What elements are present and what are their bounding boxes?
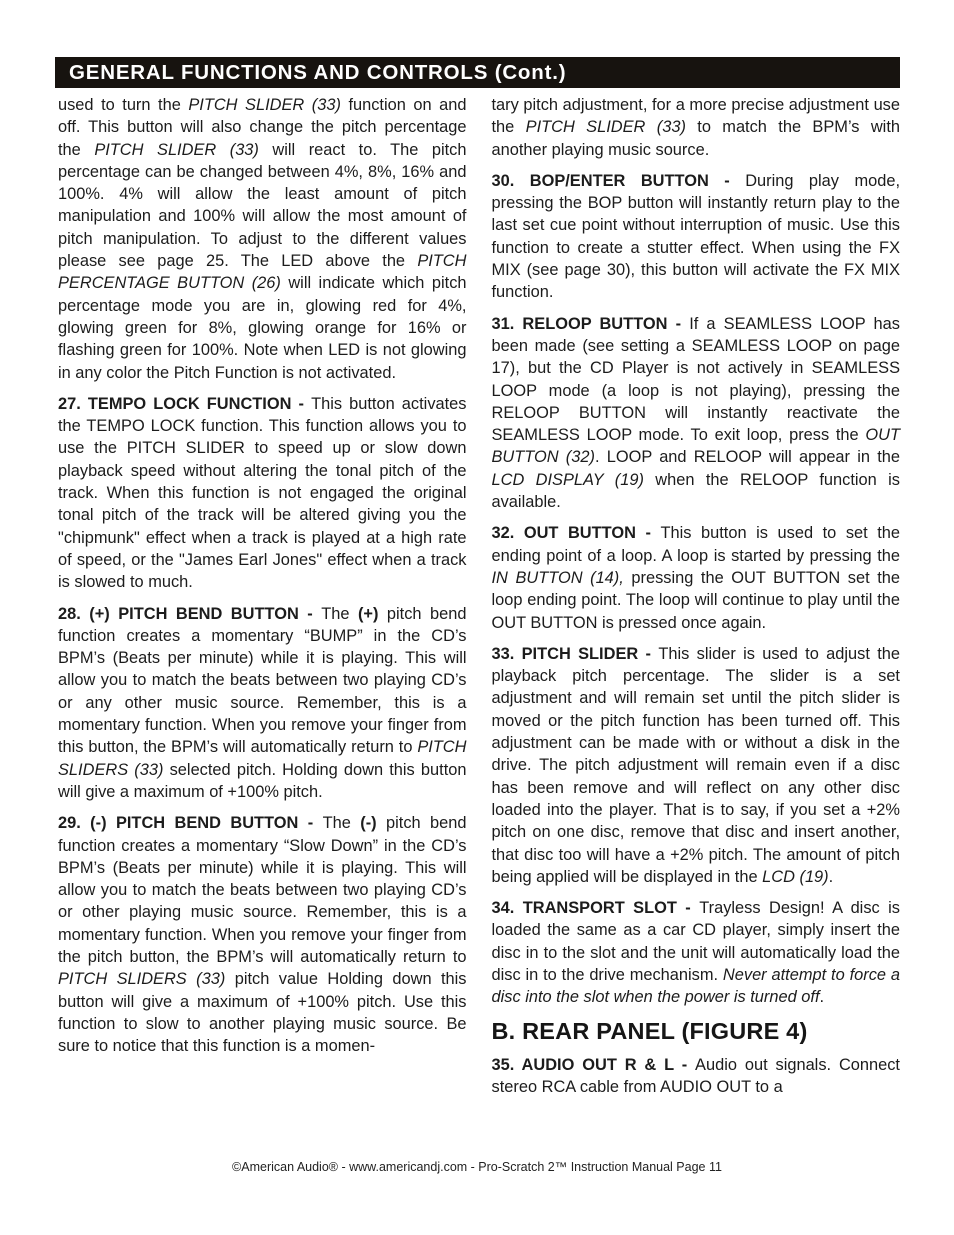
text-segment: 28. (+) PITCH BEND BUTTON - [58,605,321,623]
text-segment: 35. AUDIO OUT R & L - [492,1056,696,1074]
text-segment: 31. RELOOP BUTTON - [492,315,690,333]
paragraph: 34. TRANSPORT SLOT - Trayless Design! A … [492,897,901,1008]
manual-page: GENERAL FUNCTIONS AND CONTROLS (Cont.) u… [0,0,954,1235]
text-segment: The [321,605,358,623]
text-segment: PITCH SLIDERS (33) [58,970,225,988]
text-segment: PITCH SLIDER (33) [188,96,341,114]
paragraph: tary pitch adjustment, for a more precis… [492,94,901,161]
right-column: tary pitch adjustment, for a more precis… [492,94,901,1107]
text-segment: (-) [360,814,376,832]
paragraph: 31. RELOOP BUTTON - If a SEAMLESS LOOP h… [492,313,901,514]
section-heading: B. REAR PANEL (FIGURE 4) [492,1018,901,1045]
text-segment: The [323,814,361,832]
text-segment: pitch bend function creates a momentary … [58,814,467,966]
text-segment: (+) [358,605,379,623]
text-segment: 30. BOP/ENTER BUTTON - [492,172,746,190]
text-segment: . [829,868,834,886]
paragraph: 32. OUT BUTTON - This button is used to … [492,522,901,633]
text-segment: pitch bend function creates a momentary … [58,605,467,757]
text-segment: If a SEAMLESS LOOP has been made (see se… [492,315,901,444]
text-segment: . [820,988,825,1006]
text-segment: 29. (-) PITCH BEND BUTTON - [58,814,323,832]
paragraph: 35. AUDIO OUT R & L - Audio out signals.… [492,1054,901,1099]
paragraph: 27. TEMPO LOCK FUNCTION - This button ac… [58,393,467,594]
text-segment: LCD DISPLAY (19) [492,471,644,489]
text-segment: 34. TRANSPORT SLOT - [492,899,700,917]
page-footer: ©American Audio® - www.americandj.com - … [0,1160,954,1174]
text-segment: IN BUTTON (14), [492,569,624,587]
text-segment: PITCH SLIDER (33) [94,141,259,159]
text-segment: 32. OUT BUTTON - [492,524,661,542]
paragraph: 33. PITCH SLIDER - This slider is used t… [492,643,901,888]
section-header-title: GENERAL FUNCTIONS AND CONTROLS (Cont.) [69,61,566,85]
text-segment: 33. PITCH SLIDER - [492,645,659,663]
paragraph: 30. BOP/ENTER BUTTON - During play mode,… [492,170,901,304]
paragraph: 28. (+) PITCH BEND BUTTON - The (+) pitc… [58,603,467,804]
page-body: used to turn the PITCH SLIDER (33) funct… [58,94,900,1107]
text-segment: used to turn the [58,96,188,114]
text-segment: This slider is used to adjust the playba… [492,645,901,886]
text-segment: will react to. The pitch percentage can … [58,141,467,270]
left-column: used to turn the PITCH SLIDER (33) funct… [58,94,467,1107]
text-segment: . LOOP and RELOOP will appear in the [595,448,900,466]
text-segment: 27. TEMPO LOCK FUNCTION - [58,395,311,413]
text-segment: During play mode, pressing the BOP butto… [492,172,901,301]
text-segment: PITCH SLIDER (33) [526,118,686,136]
paragraph: used to turn the PITCH SLIDER (33) funct… [58,94,467,384]
paragraph: 29. (-) PITCH BEND BUTTON - The (-) pitc… [58,812,467,1057]
text-segment: LCD (19) [762,868,829,886]
text-segment: This button activates the TEMPO LOCK fun… [58,395,467,591]
section-header-bar: GENERAL FUNCTIONS AND CONTROLS (Cont.) [55,57,900,88]
